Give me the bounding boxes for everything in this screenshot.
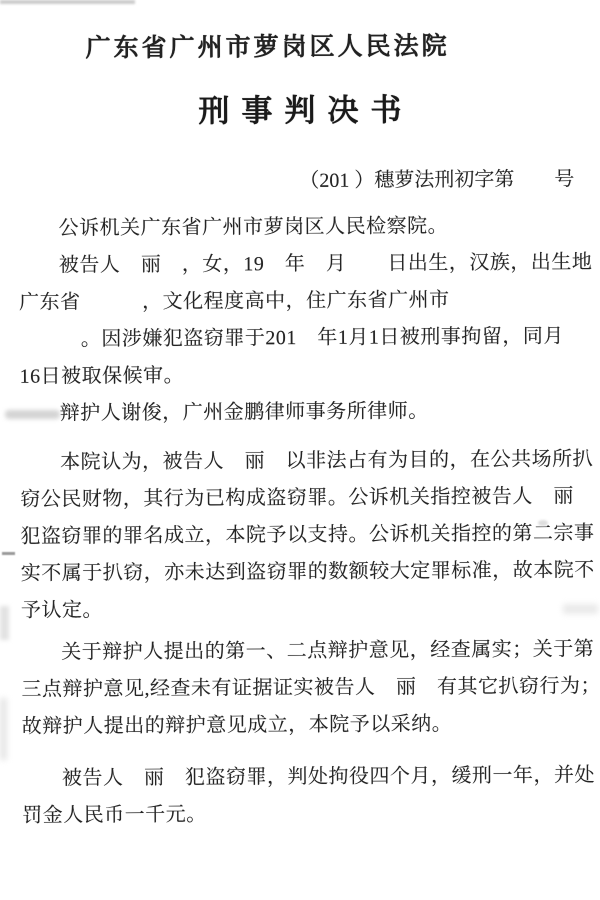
text-line: 罚金人民币一千元。 xyxy=(22,794,600,835)
text-line: 辩护人谢俊，广州金鹏律师事务所律师。 xyxy=(20,392,600,433)
text-line: 本院认为，被告人 丽 以非法占有为目的，在公共场所扒 xyxy=(20,441,600,482)
text-line: 窃公民财物，其行为已构成盗窃罪。公诉机关指控被告人 丽 xyxy=(20,478,600,519)
text-line: 广东省 ，文化程度高中，住广东省广州市 xyxy=(19,281,599,322)
text-line: 16日被取保候审。 xyxy=(19,355,599,396)
text-line: 被告人 丽 犯盗窃罪，判处拘役四个月，缓刑一年，并处 xyxy=(22,757,600,798)
document-content: 广东省广州市萝岗区人民法院 刑事判决书 （201 ）穗萝法刑初字第 号 公诉机关… xyxy=(0,0,600,900)
document-body: 公诉机关广东省广州市萝岗区人民检察院。被告人 丽 ，女，19 年 月 日出生，汉… xyxy=(0,207,600,835)
paragraph-court-opinion: 本院认为，被告人 丽 以非法占有为目的，在公共场所扒窃公民财物，其行为已构成盗窃… xyxy=(20,441,600,630)
judgment-document-page: 广东省广州市萝岗区人民法院 刑事判决书 （201 ）穗萝法刑初字第 号 公诉机关… xyxy=(0,0,600,900)
paragraph-defendant-info: 被告人 丽 ，女，19 年 月 日出生，汉族，出生地广东省 ，文化程度高中，住广… xyxy=(19,244,600,396)
text-line: 犯盗窃罪的罪名成立，本院予以支持。公诉机关指控的第二宗事 xyxy=(20,515,600,556)
text-line: 。因涉嫌犯盗窃罪于201 年1月1日被刑事拘留，同月 xyxy=(19,318,599,359)
text-line: 故辩护人提出的辩护意见成立，本院予以采纳。 xyxy=(22,705,600,746)
paragraph-judgment-sentence: 被告人 丽 犯盗窃罪，判处拘役四个月，缓刑一年，并处罚金人民币一千元。 xyxy=(22,757,600,835)
case-number: （201 ）穗萝法刑初字第 号 xyxy=(0,162,598,195)
court-name-heading: 广东省广州市萝岗区人民法院 xyxy=(0,25,568,65)
paragraph-defender-info: 辩护人谢俊，广州金鹏律师事务所律师。 xyxy=(20,392,600,433)
paragraph-prosecution-organ: 公诉机关广东省广州市萝岗区人民检察院。 xyxy=(19,207,599,248)
text-line: 公诉机关广东省广州市萝岗区人民检察院。 xyxy=(19,207,599,248)
text-line: 关于辩护人提出的第一、二点辩护意见，经查属实；关于第 xyxy=(21,631,600,672)
text-line: 实不属于扒窃，亦未达到盗窃罪的数额较大定罪标准，故本院不 xyxy=(21,552,600,593)
text-line: 被告人 丽 ，女，19 年 月 日出生，汉族，出生地 xyxy=(19,244,599,285)
text-line: 予认定。 xyxy=(21,589,600,630)
paragraph-defense-opinion-ruling: 关于辩护人提出的第一、二点辩护意见，经查属实；关于第三点辩护意见,经查未有证据证… xyxy=(21,631,600,746)
text-line: 三点辩护意见,经查未有证据证实被告人 丽 有其它扒窃行为； xyxy=(21,668,600,709)
document-title: 刑事判决书 xyxy=(6,83,600,132)
